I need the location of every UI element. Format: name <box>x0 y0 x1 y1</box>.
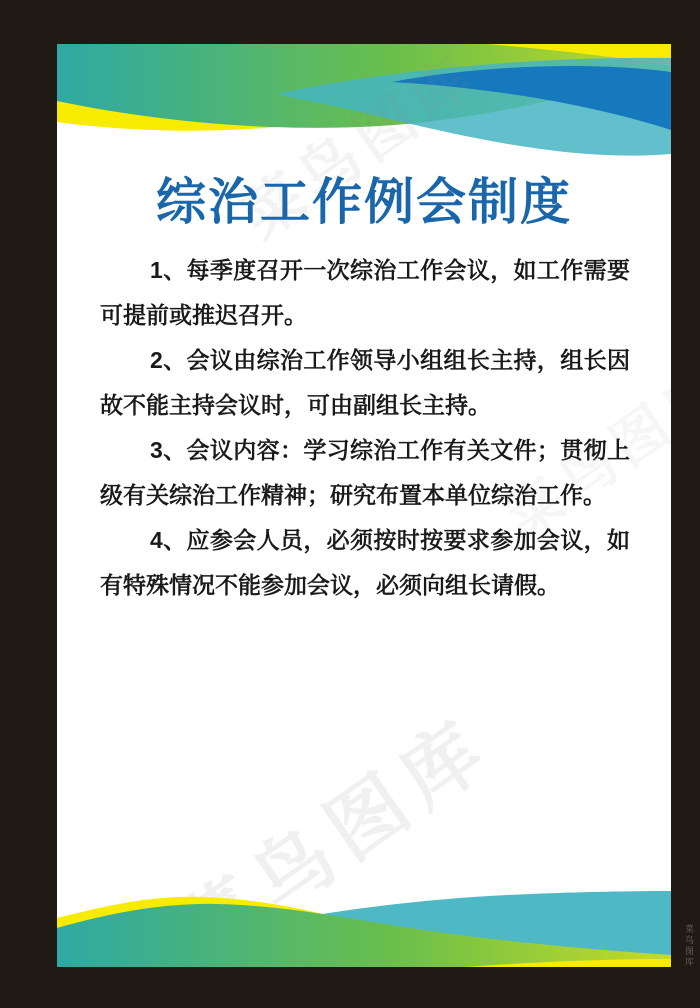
edge-watermark: 菜鸟图库 <box>683 924 696 968</box>
rule-item-3: 3、会议内容：学习综治工作有关文件；贯彻上级有关综治工作精神；研究布置本单位综治… <box>100 428 630 518</box>
footer-wave-decoration <box>57 875 671 967</box>
poster-title: 综治工作例会制度 <box>57 162 671 234</box>
framed-poster-image: { "poster": { "title": "综治工作例会制度", "rule… <box>0 0 700 1008</box>
rule-item-1: 1、每季度召开一次综治工作会议，如工作需要可提前或推迟召开。 <box>100 248 630 338</box>
header-wave-decoration <box>57 44 671 169</box>
rule-item-2: 2、会议由综治工作领导小组组长主持，组长因故不能主持会议时，可由副组长主持。 <box>100 338 630 428</box>
rule-item-4: 4、应参会人员，必须按时按要求参加会议，如有特殊情况不能参加会议，必须向组长请假… <box>100 518 630 608</box>
rules-list: 1、每季度召开一次综治工作会议，如工作需要可提前或推迟召开。 2、会议由综治工作… <box>100 248 630 608</box>
poster-page: 菜鸟图库 菜鸟图库 菜鸟图库 综治工作例会制度 1、每季度召开一次综治工作会议，… <box>57 44 671 967</box>
